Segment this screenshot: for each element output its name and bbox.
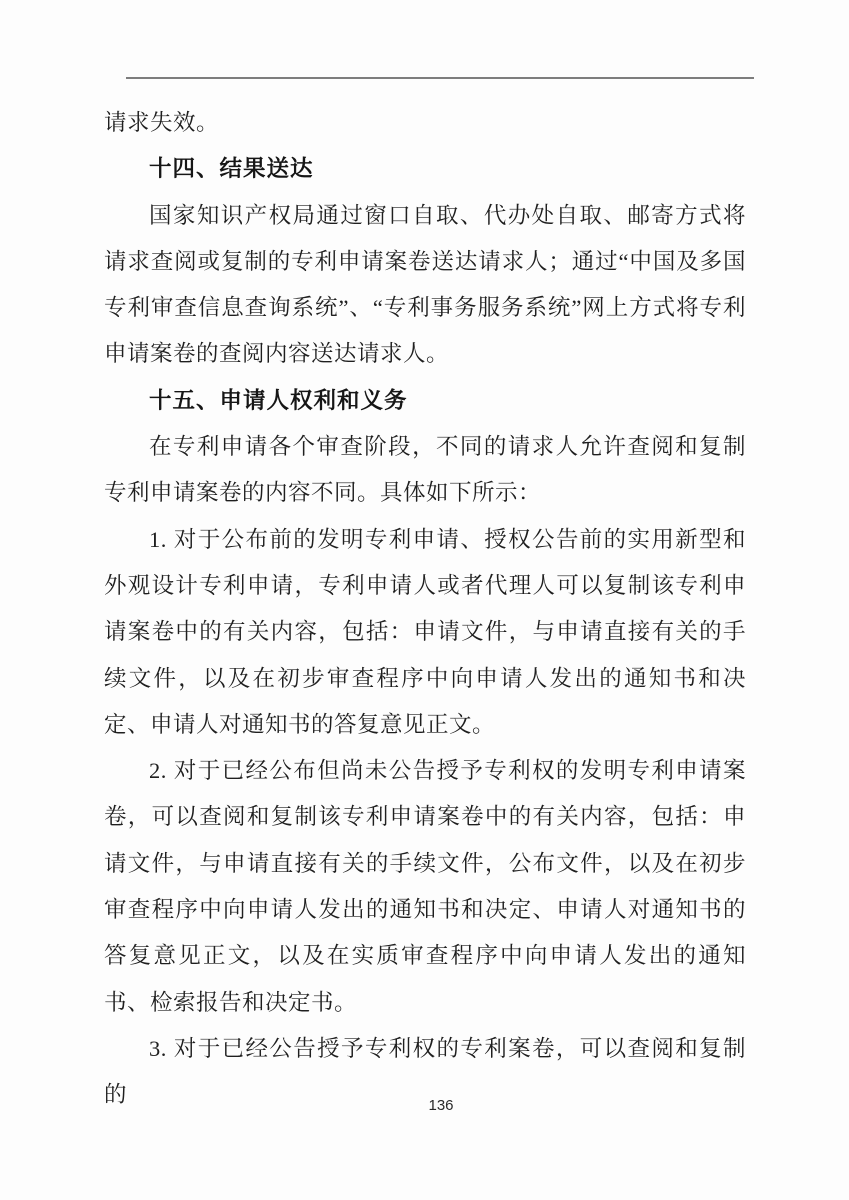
page-number: 136 bbox=[411, 1097, 471, 1114]
body-line-carryover: 请求失效。 bbox=[104, 100, 746, 146]
document-body: 请求失效。十四、结果送达国家知识产权局通过窗口自取、代办处自取、邮寄方式将请求查… bbox=[104, 100, 746, 1119]
paragraph-item-1: 1. 对于公布前的发明专利申请、授权公告前的实用新型和外观设计专利申请，专利申请… bbox=[104, 517, 746, 748]
paragraph-item-2: 2. 对于已经公布但尚未公告授予专利权的发明专利申请案卷，可以查阅和复制该专利申… bbox=[104, 748, 746, 1026]
section-heading-15: 十五、申请人权利和义务 bbox=[104, 378, 746, 424]
paragraph-intro: 在专利申请各个审查阶段，不同的请求人允许查阅和复制专利申请案卷的内容不同。具体如… bbox=[104, 424, 746, 517]
document-page: 请求失效。十四、结果送达国家知识产权局通过窗口自取、代办处自取、邮寄方式将请求查… bbox=[0, 0, 849, 1200]
paragraph-delivery: 国家知识产权局通过窗口自取、代办处自取、邮寄方式将请求查阅或复制的专利申请案卷送… bbox=[104, 193, 746, 378]
header-rule bbox=[126, 77, 754, 79]
section-heading-14: 十四、结果送达 bbox=[104, 146, 746, 192]
